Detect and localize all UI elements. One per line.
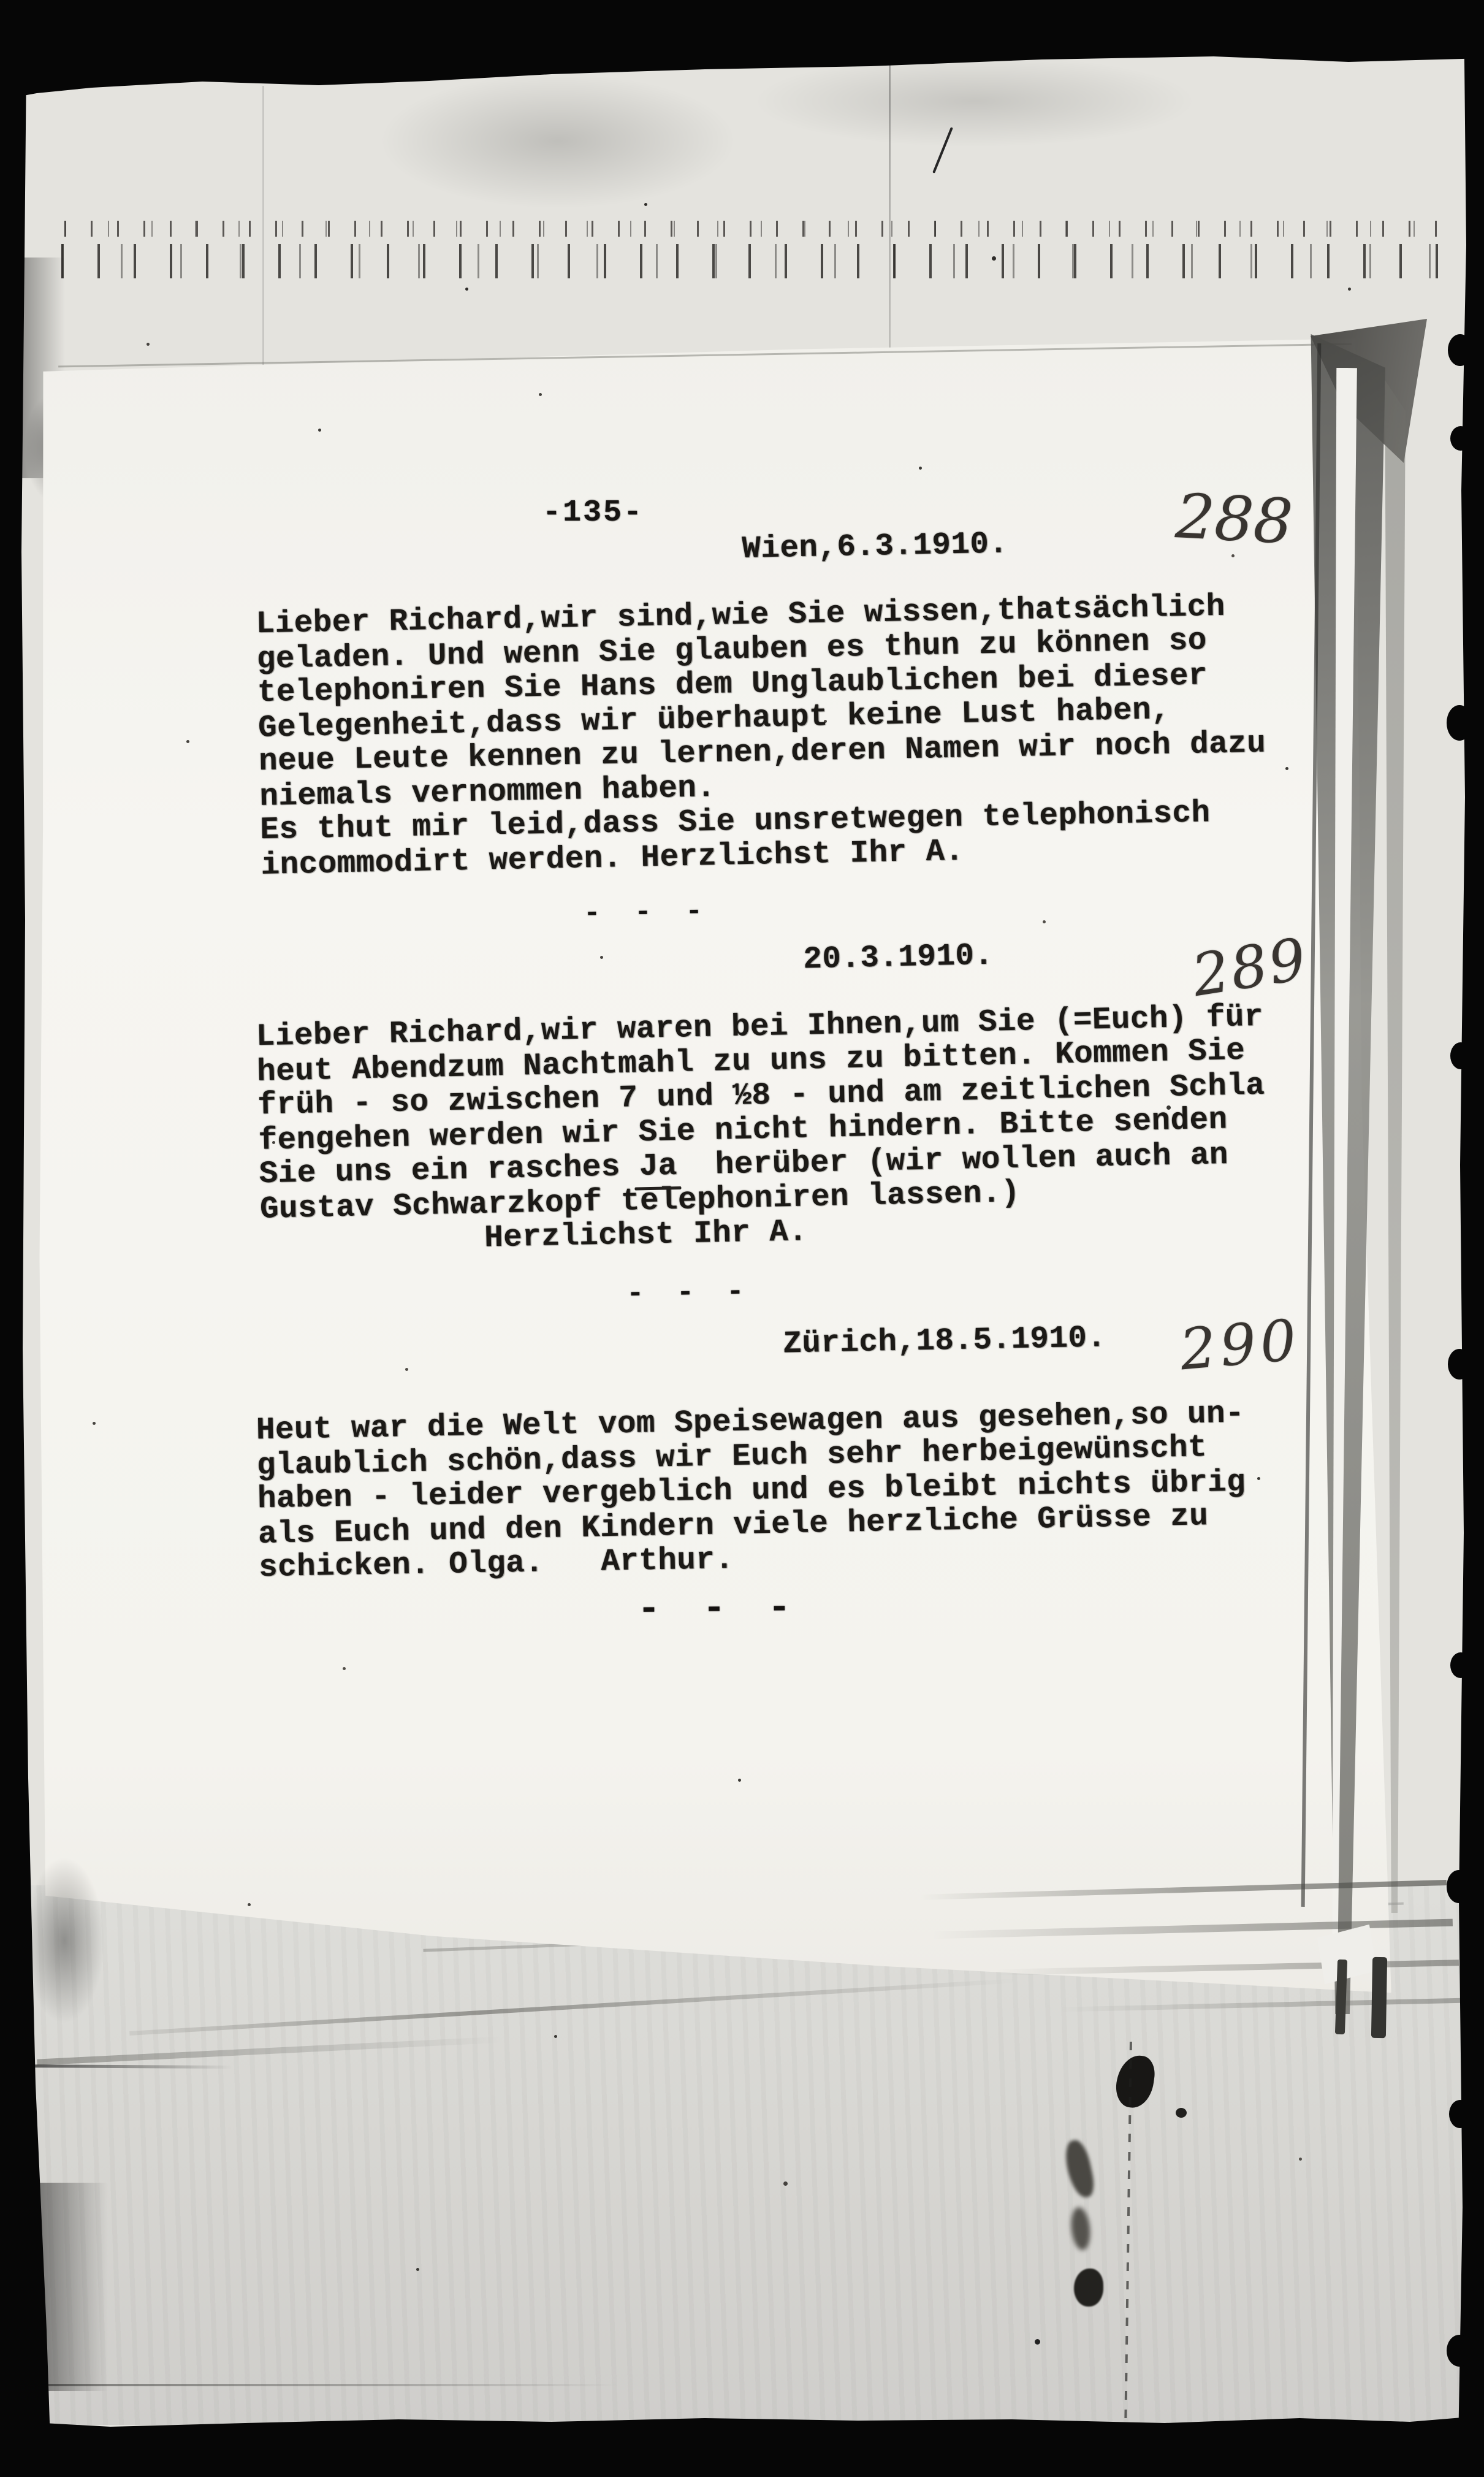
edge-smudge	[25, 1858, 104, 2023]
film-edge-bump	[1448, 1349, 1471, 1380]
film-edge-bump	[1450, 1652, 1471, 1678]
film-edge-bump	[1450, 1042, 1471, 1069]
film-edge-bump	[1447, 1870, 1471, 1903]
section-separator: - - -	[626, 1275, 752, 1311]
letter-dateline: Zürich,18.5.1910.	[783, 1319, 1243, 1362]
paper-smudge	[380, 74, 736, 208]
page-number: -135-	[542, 495, 644, 530]
letter-290: Zürich,18.5.1910. Heut war die Welt vom …	[254, 1319, 1247, 1587]
stacked-pages-edge-shadow	[1382, 380, 1408, 1913]
film-edge-bump	[1448, 334, 1472, 366]
section-separator: - - -	[584, 895, 712, 929]
ink-blot	[1035, 2339, 1040, 2345]
letter-289: 20.3.1910. Lieber Richard,wir waren bei …	[254, 933, 1268, 1262]
film-border-top	[0, 0, 1484, 110]
film-edge-bump	[1447, 2335, 1472, 2367]
ink-blot	[1074, 2269, 1103, 2307]
paper-smudge	[754, 55, 1195, 147]
stacked-page-edge-mark	[1371, 1957, 1387, 2038]
letter-288: Wien,6.3.1910. Lieber Richard,wir sind,w…	[254, 522, 1268, 884]
film-tick-marks-row	[61, 244, 1453, 278]
film-tick-marks-row	[64, 221, 1453, 237]
film-edge-bump	[1450, 426, 1471, 451]
ink-blot	[1176, 2108, 1187, 2118]
section-separator: - - -	[637, 1586, 801, 1632]
film-edge-bump	[1447, 705, 1472, 741]
film-edge-bump	[1449, 2100, 1471, 2128]
scanned-letter-page: -135- 288 289 290 Wien,6.3.1910. Lieber …	[0, 0, 1484, 2477]
scratch-mark	[43, 2384, 619, 2386]
